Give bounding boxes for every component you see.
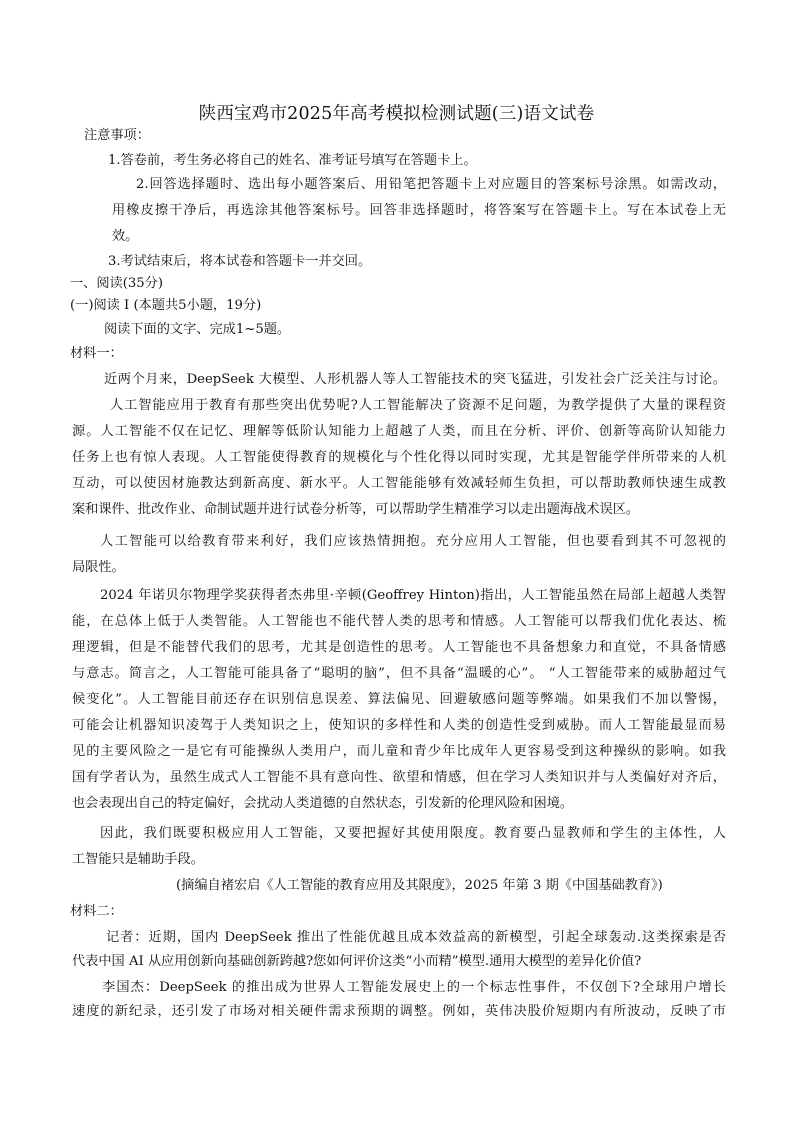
material-1-line: 人工智能可以给教育带来利好，我们应该热情拥抱。充分应用人工智能，但也要看到其不可… <box>100 534 726 550</box>
notice-item-2-line-1: 2.回答选择题时、选出每小题答案后、用铅笔把答题卡上对应题目的答案标号涂黑。如需… <box>136 177 726 193</box>
notice-item-1: 1.答卷前，考生务必将自己的姓名、准考证号填写在答题卡上。 <box>108 153 477 169</box>
material-2-line: 李国杰：DeepSeek 的推出成为世界人工智能发展史上的一个标志性事件，不仅创… <box>102 980 726 996</box>
material-1-line: 与意志。简言之，人工智能可能具备了“聪明的脑”，但不具备“温暖的心”。 “人工智… <box>72 666 726 682</box>
material-2-line: 代表中国 AI 从应用创新向基础创新跨越?您如何评价这类“小而精”模型.通用大模… <box>72 954 641 970</box>
section-subheading: (一)阅读 I (本题共5小题，19分) <box>70 298 261 314</box>
material-1-line: 近两个月来，DeepSeek 大模型、人形机器人等人工智能技术的突飞猛进，引发社… <box>104 372 726 388</box>
material-1-line: 理逻辑，但是不能替代我们的思考，尤其是创造性的思考。人工智能也不具备想象力和直觉… <box>72 640 726 656</box>
page-title: 陕西宝鸡市2025年高考模拟检测试题(三)语文试卷 <box>0 100 793 125</box>
material-1-line: 因此，我们既要积极应用人工智能，又要把握好其使用限度。教育要凸显教师和学生的主体… <box>100 826 726 842</box>
material-1-line: 国有学者认为，虽然生成式人工智能不具有意向性、欲望和情感，但在学习人类知识并与人… <box>72 770 726 786</box>
material-1-line: 人工智能应用于教育有那些突出优势呢?人工智能解决了资源不足问题，为教学提供了大量… <box>110 398 726 414</box>
material-1-line: 互动，可以使因材施教达到新高度、新水平。人工智能能够有效减轻师生负担，可以帮助教… <box>72 476 726 492</box>
material-1-line: 能，在总体上低于人类智能。人工智能也不能代替人类的思考和情感。人工智能可以帮我们… <box>72 614 726 630</box>
material-1-line: 案和课件、批改作业、命制试题并进行试卷分析等，可以帮助学生精准学习以走出题海战术… <box>72 502 639 518</box>
section-heading: 一、阅读(35分) <box>70 276 163 292</box>
material-2-label: 材料二： <box>70 904 123 920</box>
material-1-line: 源。人工智能不仅在记忆、理解等低阶认知能力上超越了人类，而且在分析、评价、创新等… <box>72 424 726 440</box>
notice-item-2-line-3: 效。 <box>112 229 138 245</box>
material-1-line: 见的主要风险之一是它有可能操纵人类用户，而儿童和青少年比成年人更容易受到这种操纵… <box>72 744 726 760</box>
material-1-line: 工智能只是辅助手段。 <box>72 852 204 868</box>
material-1-line: 任务上也有惊人表现。人工智能使得教育的规模化与个性化得以同时实现，尤其是智能学伴… <box>72 450 726 466</box>
material-1-line: 候变化”。人工智能目前还存在识别信息误差、算法偏见、回避敏感问题等弊端。如果我们… <box>72 692 726 708</box>
material-1-line: 也会表现出自己的特定偏好，会扰动人类道德的自然状态，引发新的伦理风险和困境。 <box>72 796 573 812</box>
notice-item-3: 3.考试结束后，将本试卷和答题卡一并交回。 <box>108 254 371 270</box>
material-1-line: 局限性。 <box>72 560 125 576</box>
material-1-line: 可能会让机器知识凌驾于人类知识之上，使知识的多样性和人类的创造性受到威胁。而人工… <box>72 718 726 734</box>
material-1-source: (摘编自褚宏启《人工智能的教育应用及其限度》，2025 年第 3 期《中国基础教… <box>176 878 663 894</box>
material-2-line: 记者：近期，国内 DeepSeek 推出了性能优越且成本效益高的新模型，引起全球… <box>106 930 726 946</box>
exam-page: 陕西宝鸡市2025年高考模拟检测试题(三)语文试卷 注意事项： 1.答卷前，考生… <box>0 0 793 1121</box>
notice-heading: 注意事项： <box>84 128 150 144</box>
material-1-line: 2024 年诺贝尔物理学奖获得者杰弗里·辛顿(Geoffrey Hinton)指… <box>100 588 726 604</box>
material-1-label: 材料一： <box>70 346 123 362</box>
section-instruction: 阅读下面的文字、完成1~5题。 <box>104 322 290 338</box>
material-2-line: 速度的新纪录，还引发了市场对相关硬件需求预期的调整。例如，英伟决股价短期内有所波… <box>72 1004 726 1020</box>
notice-item-2-line-2: 用橡皮擦干净后，再选涂其他答案标号。回答非选择题时，将答案写在答题卡上。写在本试… <box>112 203 726 219</box>
